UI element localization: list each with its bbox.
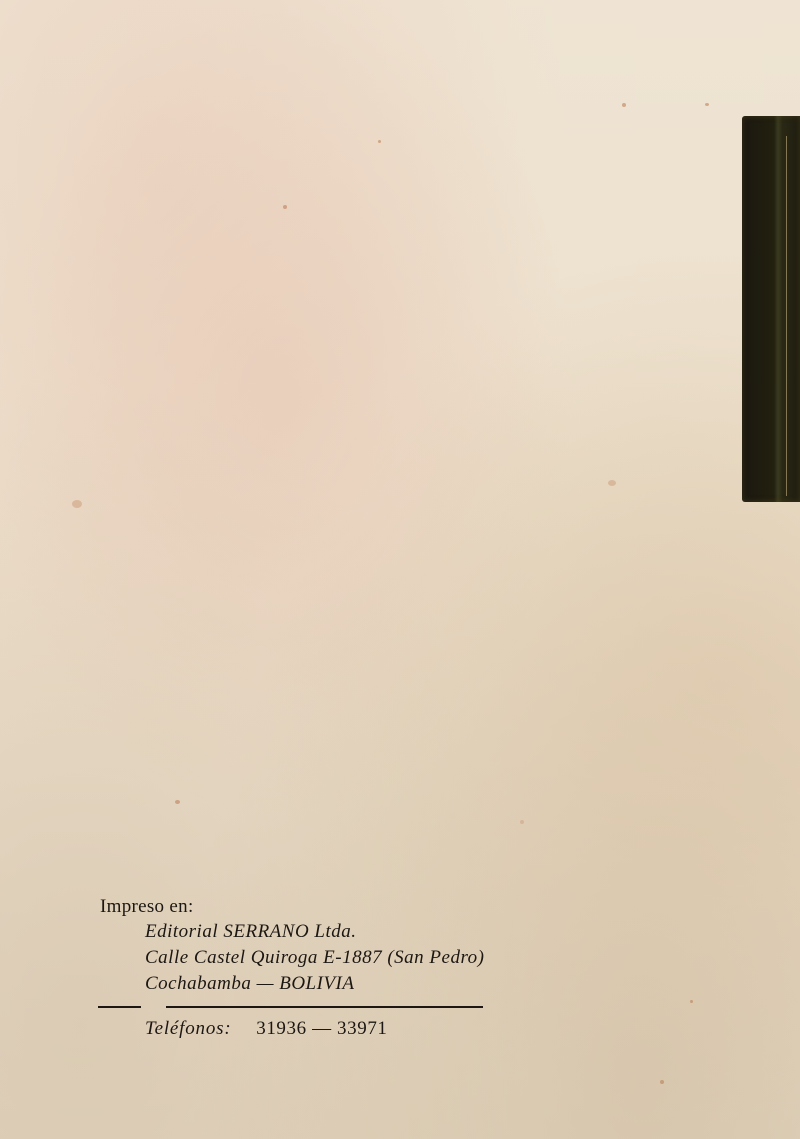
paper-stain xyxy=(622,103,626,107)
imprint-label: Impreso en: xyxy=(100,895,484,919)
divider-short xyxy=(98,1006,141,1008)
paper-stain xyxy=(660,1080,664,1084)
printer-imprint: Impreso en: Editorial SERRANO Ltda. Call… xyxy=(100,895,484,997)
imprint-address: Editorial SERRANO Ltda. Calle Castel Qui… xyxy=(145,919,484,997)
paper-stain xyxy=(72,500,82,508)
paper-stain xyxy=(283,205,287,209)
paper-stain xyxy=(608,480,616,486)
street-address: Calle Castel Quiroga E-1887 (San Pedro) xyxy=(145,945,484,971)
binding-tab-strip xyxy=(742,116,800,502)
phone-numbers: 31936 — 33971 xyxy=(256,1018,387,1039)
paper-stain xyxy=(520,820,524,824)
city-country: Cochabamba — BOLIVIA xyxy=(145,971,484,997)
phones-label: Teléfonos: xyxy=(145,1018,231,1039)
paper-stain xyxy=(175,800,180,804)
phone-line: Teléfonos: 31936 — 33971 xyxy=(145,1018,388,1040)
paper-stain xyxy=(690,1000,693,1003)
publisher-name: Editorial SERRANO Ltda. xyxy=(145,919,484,945)
divider-long xyxy=(166,1006,483,1008)
paper-stain xyxy=(378,140,381,143)
paper-stain xyxy=(705,103,709,106)
